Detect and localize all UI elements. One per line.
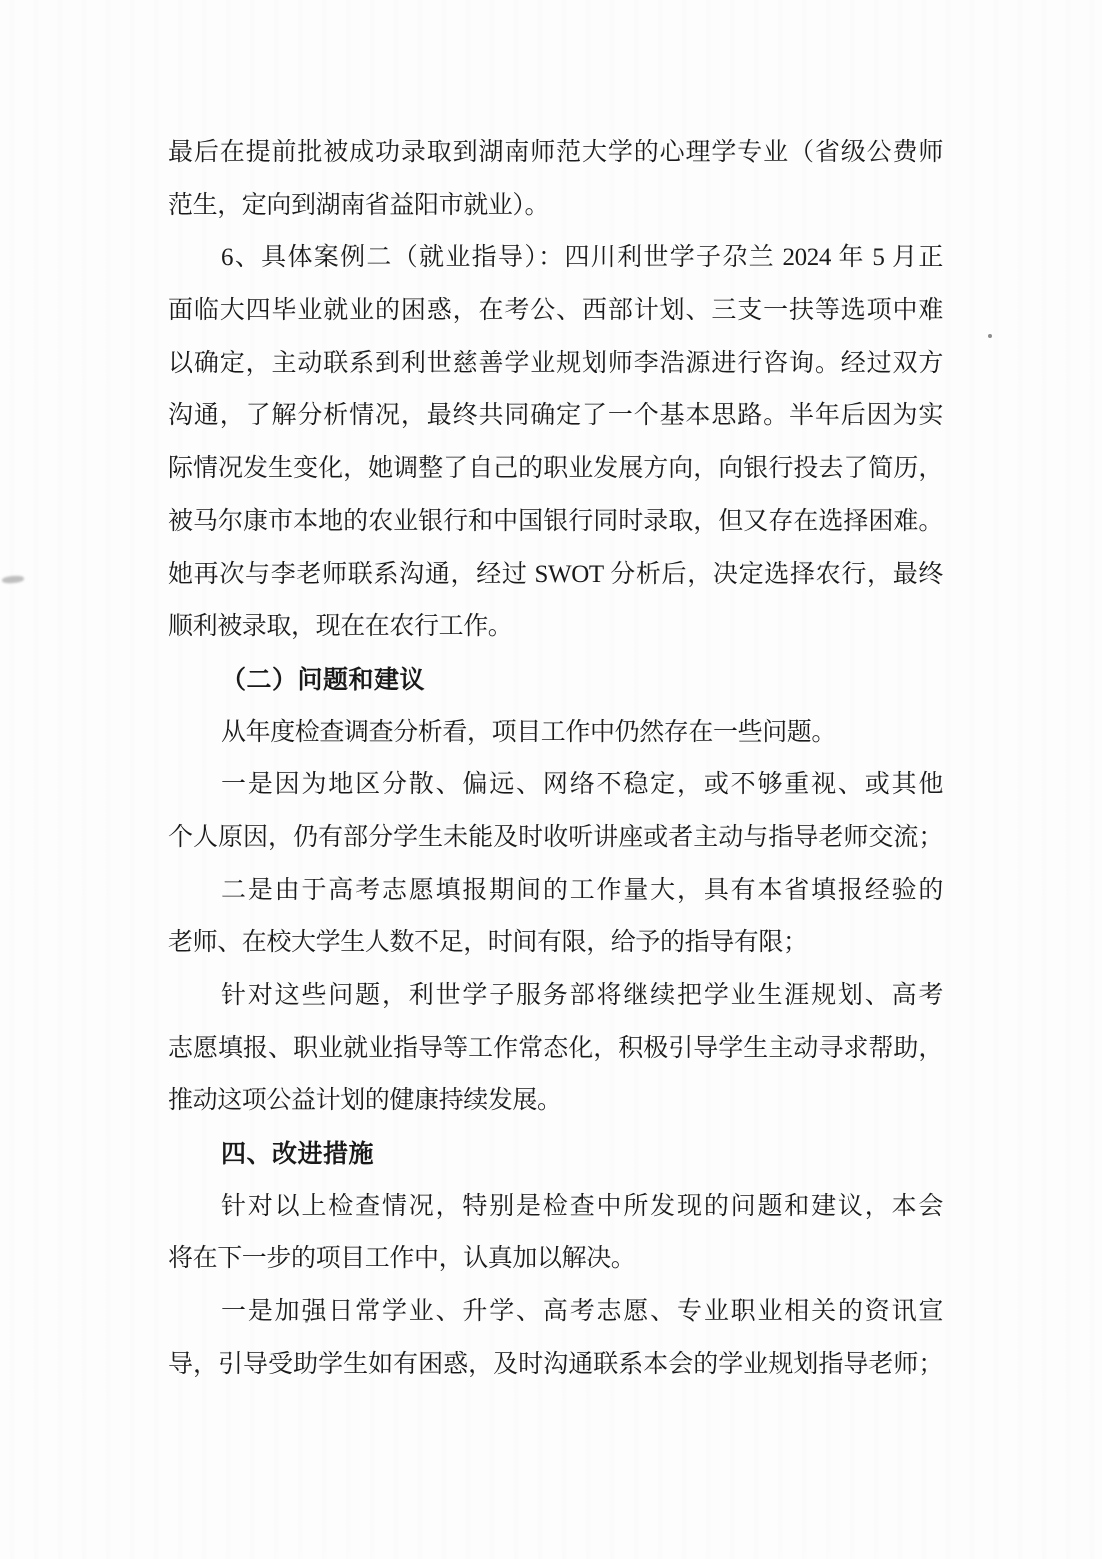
text-line: 志愿填报、职业就业指导等工作常态化，积极引导学生主动寻求帮助， — [168, 1023, 943, 1076]
section-heading-improvement-measures: 四、改进措施 — [168, 1128, 943, 1181]
text-line: 推动这项公益计划的健康持续发展。 — [168, 1075, 943, 1128]
text-line: 沟通，了解分析情况，最终共同确定了一个基本思路。半年后因为实 — [168, 390, 943, 443]
text-line: 老师、在校大学生人数不足，时间有限，给予的指导有限； — [168, 917, 943, 970]
document-body: 最后在提前批被成功录取到湖南师范大学的心理学专业（省级公费师 范生，定向到湖南省… — [168, 127, 943, 1392]
text-line: 针对这些问题，利世学子服务部将继续把学业生涯规划、高考 — [168, 970, 943, 1023]
text-line: 她再次与李老师联系沟通，经过 SWOT 分析后，决定选择农行，最终 — [168, 549, 943, 602]
text-line: 从年度检查调查分析看，项目工作中仍然存在一些问题。 — [168, 707, 943, 760]
text-line: 一是因为地区分散、偏远、网络不稳定，或不够重视、或其他 — [168, 759, 943, 812]
text-line: 际情况发生变化，她调整了自己的职业发展方向，向银行投去了简历， — [168, 443, 943, 496]
section-heading-problems-and-suggestions: （二）问题和建议 — [168, 654, 943, 707]
text-line: 个人原因，仍有部分学生未能及时收听讲座或者主动与指导老师交流； — [168, 812, 943, 865]
text-line: 顺利被录取，现在在农行工作。 — [168, 601, 943, 654]
text-line: 一是加强日常学业、升学、高考志愿、专业职业相关的资讯宣 — [168, 1286, 943, 1339]
text-line: 以确定，主动联系到利世慈善学业规划师李浩源进行咨询。经过双方 — [168, 338, 943, 391]
scanned-document-page: 最后在提前批被成功录取到湖南师范大学的心理学专业（省级公费师 范生，定向到湖南省… — [0, 0, 1102, 1559]
text-line: 被马尔康市本地的农业银行和中国银行同时录取，但又存在选择困难。 — [168, 496, 943, 549]
text-line: 针对以上检查情况，特别是检查中所发现的问题和建议，本会 — [168, 1181, 943, 1234]
text-line: 面临大四毕业就业的困惑，在考公、西部计划、三支一扶等选项中难 — [168, 285, 943, 338]
scan-speck-artifact — [988, 334, 992, 338]
text-line: 范生，定向到湖南省益阳市就业）。 — [168, 180, 943, 233]
scan-smudge-artifact — [2, 575, 25, 584]
text-line: 导，引导受助学生如有困惑，及时沟通联系本会的学业规划指导老师； — [168, 1339, 943, 1392]
text-line: 最后在提前批被成功录取到湖南师范大学的心理学专业（省级公费师 — [168, 127, 943, 180]
text-line: 6、具体案例二（就业指导）：四川利世学子尕兰 2024 年 5 月正 — [168, 232, 943, 285]
text-line: 二是由于高考志愿填报期间的工作量大，具有本省填报经验的 — [168, 865, 943, 918]
text-line: 将在下一步的项目工作中，认真加以解决。 — [168, 1233, 943, 1286]
